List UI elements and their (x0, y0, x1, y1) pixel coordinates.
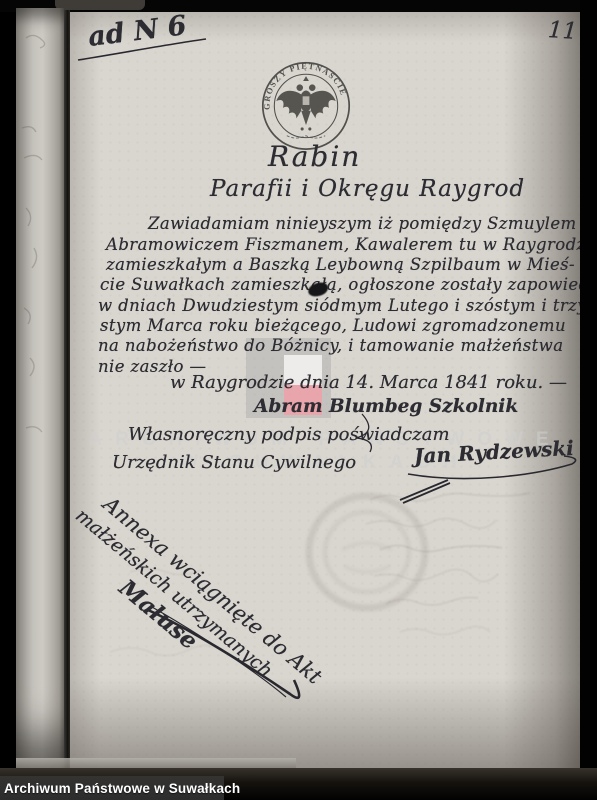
diagonal-note-line2: małżeńskich utrzymanych (71, 504, 308, 708)
heading-parish: Parafii i Okręgu Raygrod (210, 176, 525, 202)
page-number: 11 (547, 17, 578, 45)
scan-right-border (580, 0, 597, 800)
faint-round-stamp (302, 490, 432, 616)
archive-caption-text: Archiwum Państwowe w Suwałkach (0, 781, 240, 796)
body-line-1: Zawiadamiam ninieyszym iż pomiędzy Szmuy… (148, 214, 577, 233)
dateline: w Raygrodzie dnia 14. Marca 1841 roku. — (170, 372, 567, 393)
previous-page-edge (16, 8, 64, 774)
body-line-7: na nabożeństwo do Bóżnicy, i tamowanie m… (98, 336, 563, 355)
document-page: ARCHIWUM PAŃSTWOWE W SUWAŁKACH (70, 12, 580, 768)
book-edge-shadow (55, 0, 145, 10)
body-line-2: Abramowiczem Fiszmanem, Kawalerem tu w R… (106, 235, 580, 254)
attestation-line1: Własnoręczny podpis poświadczam (128, 424, 450, 445)
archive-caption-bar: Archiwum Państwowe w Suwałkach (0, 776, 224, 800)
ref-number-annotation: ad N 6 (86, 12, 188, 53)
heading-rabin: Rabin (268, 140, 361, 173)
rabbi-signature: Abram Blumbeg Szkolnik (254, 396, 518, 417)
revenue-stamp: GROSZY PIĘTNAŚCIE (258, 56, 354, 152)
body-line-3: zamieszkałym a Baszką Leybowną Szpilbaum… (106, 255, 575, 274)
diagonal-archival-note: Annexa wciągnięte do Akt małżeńskich utr… (70, 492, 327, 731)
body-line-6: stym Marca roku bieżącego, Ludowi zgroma… (100, 316, 566, 335)
body-line-5: w dniach Dwudziestym siódmym Lutego i sz… (98, 296, 580, 315)
archival-scan: ARCHIWUM PAŃSTWOWE W SUWAŁKACH (0, 0, 597, 800)
attestation-line2: Urzędnik Stanu Cywilnego (112, 452, 356, 473)
body-line-4: cie Suwałkach zamieszkałą, ogłoszone zos… (100, 275, 580, 294)
double-headed-eagle-icon (276, 76, 336, 125)
strip-ink-marks (16, 8, 64, 478)
